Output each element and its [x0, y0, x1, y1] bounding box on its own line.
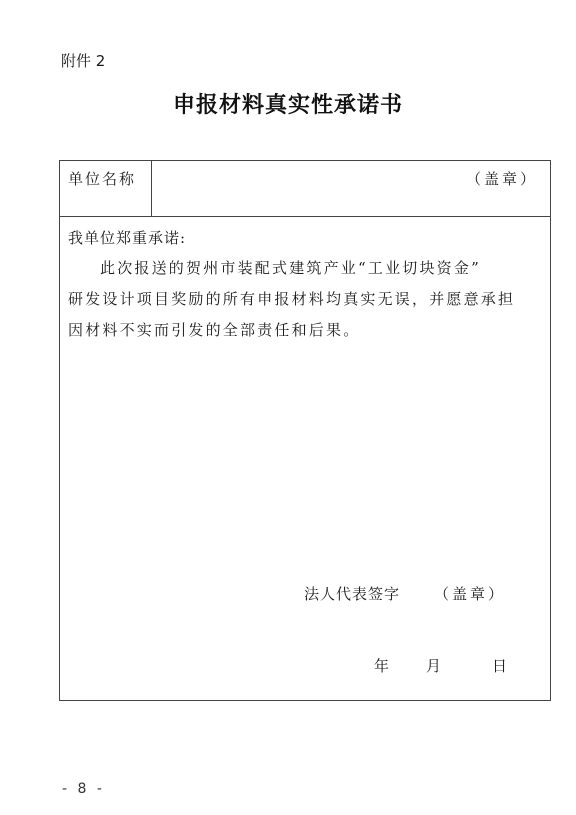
commitment-line: 研发设计项目奖励的所有申报材料均真实无误，并愿意承担 [68, 284, 538, 315]
date-year-label: 年 [374, 655, 389, 676]
unit-seal-note: （盖章） [466, 168, 538, 189]
commitment-paragraph: 此次报送的贺州市装配式建筑产业“工业切块资金” 研发设计项目奖励的所有申报材料均… [68, 253, 538, 346]
date-month-label: 月 [426, 655, 441, 676]
legal-rep-seal-note: （盖章） [434, 585, 506, 603]
legal-rep-signature-line[interactable]: 法人代表签字（盖章） [304, 583, 506, 604]
commitment-line: 此次报送的贺州市装配式建筑产业“工业切块资金” [68, 253, 538, 284]
attachment-label: 附件 2 [61, 50, 105, 71]
document-title: 申报材料真实性承诺书 [0, 88, 576, 119]
unit-name-field[interactable]: （盖章） [152, 161, 550, 216]
date-day-label: 日 [492, 655, 507, 676]
unit-name-label: 单位名称 [68, 168, 136, 189]
commitment-intro: 我单位郑重承诺: [68, 227, 186, 248]
unit-name-row: 单位名称 （盖章） [60, 161, 550, 217]
commitment-body-cell: 我单位郑重承诺: 此次报送的贺州市装配式建筑产业“工业切块资金” 研发设计项目奖… [60, 217, 550, 700]
legal-rep-signature-label: 法人代表签字 [304, 585, 400, 603]
commitment-line: 因材料不实而引发的全部责任和后果。 [68, 315, 538, 346]
unit-name-label-cell: 单位名称 [60, 161, 152, 216]
page-number: - 8 - [62, 781, 105, 797]
commitment-form-table: 单位名称 （盖章） 我单位郑重承诺: 此次报送的贺州市装配式建筑产业“工业切块资… [59, 160, 551, 701]
